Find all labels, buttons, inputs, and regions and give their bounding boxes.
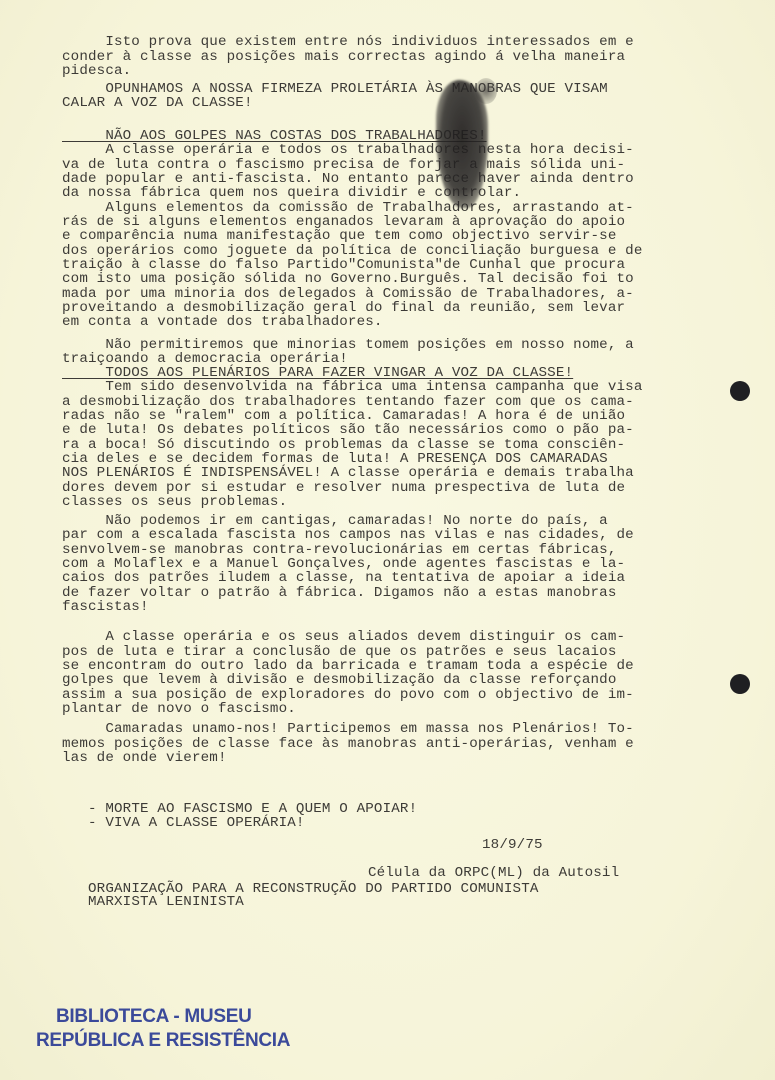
text-line: com isto uma posição sólida no Governo.B…	[62, 272, 634, 286]
scanned-page: Isto prova que existem entre nós individ…	[0, 0, 775, 1080]
text-line: las de onde vierem!	[62, 751, 227, 765]
text-line: A classe operária e todos os trabalhador…	[62, 143, 634, 157]
text-line: e de luta! Os debates políticos são tão …	[62, 423, 634, 437]
signature-cell: Célula da ORPC(ML) da Autosil	[368, 866, 619, 880]
text-line: assim a sua posição de exploradores do p…	[62, 688, 634, 702]
text-line: radas não se "ralem" com a política. Cam…	[62, 409, 625, 423]
text-line: CALAR A VOZ DA CLASSE!	[62, 96, 253, 110]
text-line: conder à classe as posições mais correct…	[62, 50, 625, 64]
archive-stamp-line-1: BIBLIOTECA - MUSEU	[56, 1006, 252, 1028]
text-line: se encontram do outro lado da barricada …	[62, 659, 634, 673]
slogan-2: - VIVA A CLASSE OPERÁRIA!	[88, 816, 305, 830]
text-line: plantar de novo o fascismo.	[62, 702, 296, 716]
text-line: va de luta contra o fascismo precisa de …	[62, 158, 625, 172]
text-line: e comparência numa manifestação que tem …	[62, 229, 617, 243]
text-line: ra a boca! Só discutindo os problemas da…	[62, 438, 625, 452]
text-line: pidesca.	[62, 64, 131, 78]
text-line: mada por uma minoria dos delegados à Com…	[62, 287, 634, 301]
text-line: pos de luta e tirar a conclusão de que o…	[62, 645, 617, 659]
text-line: dade popular e anti-fascista. No entanto…	[62, 172, 634, 186]
document-date: 18/9/75	[482, 838, 543, 852]
text-line: de fazer voltar o patrão à fábrica. Diga…	[62, 586, 617, 600]
text-line: Não podemos ir em cantigas, camaradas! N…	[62, 514, 608, 528]
text-line: em conta a vontade dos trabalhadores.	[62, 315, 383, 329]
text-line: dos operários como joguete da política d…	[62, 244, 642, 258]
text-line: com a Molaflex e a Manuel Gonçalves, ond…	[62, 557, 625, 571]
section-heading: TODOS AOS PLENÁRIOS PARA FAZER VINGAR A …	[62, 366, 573, 380]
text-line: dores devem por si estudar e resolver nu…	[62, 481, 625, 495]
text-line: cia deles e se decidem formas de luta! A…	[62, 452, 608, 466]
text-line: caios dos patrões iludem a classe, na te…	[62, 571, 625, 585]
text-line: NOS PLENÁRIOS É INDISPENSÁVEL! A classe …	[62, 466, 634, 480]
text-line: Alguns elementos da comissão de Trabalha…	[62, 201, 634, 215]
text-line: senvolvem-se manobras contra-revolucioná…	[62, 543, 617, 557]
text-line: par com a escalada fascista nos campos n…	[62, 528, 634, 542]
archive-stamp-line-2: REPÚBLICA E RESISTÊNCIA	[36, 1030, 290, 1052]
punch-hole	[730, 674, 750, 694]
text-line: Isto prova que existem entre nós individ…	[62, 35, 634, 49]
text-line: golpes que levem à divisão e desmobiliza…	[62, 673, 617, 687]
punch-hole	[730, 381, 750, 401]
text-line: classes os seus problemas.	[62, 495, 287, 509]
text-line: OPUNHAMOS A NOSSA FIRMEZA PROLETÁRIA ÀS …	[62, 82, 608, 96]
slogan-1: - MORTE AO FASCISMO E A QUEM O APOIAR!	[88, 802, 417, 816]
section-heading: NÃO AOS GOLPES NAS COSTAS DOS TRABALHADO…	[62, 129, 487, 143]
text-line: fascistas!	[62, 600, 149, 614]
text-line: Tem sido desenvolvida na fábrica uma int…	[62, 380, 642, 394]
ink-smudge-small	[475, 78, 497, 104]
text-line: memos posições de classe face às manobra…	[62, 737, 634, 751]
text-line: traição à classe do falso Partido"Comuni…	[62, 258, 625, 272]
text-line: rás de si alguns elementos enganados lev…	[62, 215, 625, 229]
text-line: A classe operária e os seus aliados deve…	[62, 630, 625, 644]
text-line: Não permitiremos que minorias tomem posi…	[62, 338, 634, 352]
text-line: Camaradas unamo-nos! Participemos em mas…	[62, 722, 634, 736]
text-line: a desmobilização dos trabalhadores tenta…	[62, 395, 634, 409]
organization-name-line-2: MARXISTA LENINISTA	[88, 895, 244, 909]
text-line: traiçoando a democracia operária!	[62, 352, 348, 366]
text-line: proveitando a desmobilização geral do fi…	[62, 301, 625, 315]
